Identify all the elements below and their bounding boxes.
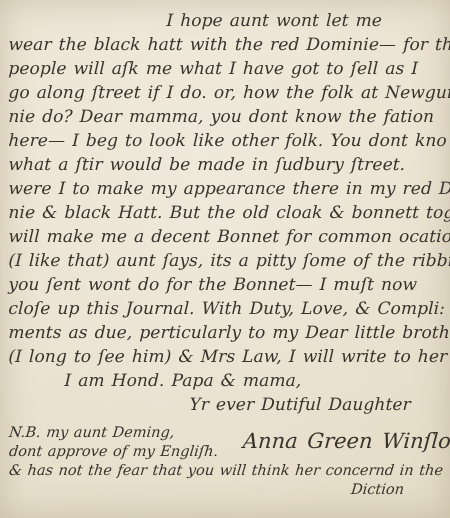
letter-line-11: (I like that) aunt ſays, its a pitty ſom… xyxy=(8,249,445,273)
letter-page: I hope aunt wont let me wear the black h… xyxy=(0,0,450,518)
postscript-line-2: dont approve of my Engliſh. xyxy=(8,443,219,462)
closing-line-salutation: I am Hond. Papa & mama, xyxy=(8,369,445,393)
postscript-signature-row: N.B. my aunt Deming, dont approve of my … xyxy=(8,424,444,462)
letter-line-4: go along ſtreet if I do. or, how the fol… xyxy=(8,81,445,105)
letter-line-12: you ſent wont do for the Bonnet— I muſt … xyxy=(8,273,445,297)
letter-line-15: (I long to ſee him) & Mrs Law, I will wr… xyxy=(8,345,445,369)
letter-line-8: were I to make my appearance there in my… xyxy=(8,177,445,201)
postscript-line-3: & has not the fear that you will think h… xyxy=(8,462,446,481)
letter-line-9: nie & black Hatt. But the old cloak & bo… xyxy=(8,201,445,225)
letter-line-2: wear the black hatt with the red Dominie… xyxy=(8,33,445,57)
postscript-line-4: Diction xyxy=(8,481,446,500)
letter-line-5: nie do? Dear mamma, you dont know the fa… xyxy=(8,105,445,129)
closing-line-valediction: Yr ever Dutiful Daughter xyxy=(8,393,445,417)
letter-line-13: cloſe up this Journal. With Duty, Love, … xyxy=(8,297,445,321)
postscript-block: N.B. my aunt Deming, dont approve of my … xyxy=(8,424,217,462)
letter-line-3: people will aſk me what I have got to ſe… xyxy=(8,57,445,81)
letter-line-10: will make me a decent Bonnet for common … xyxy=(8,225,445,249)
letter-line-1: I hope aunt wont let me xyxy=(8,9,445,33)
signature: Anna Green Winſlow xyxy=(242,429,450,453)
postscript-line-1: N.B. my aunt Deming, xyxy=(8,424,219,443)
letter-line-14: ments as due, perticularly to my Dear li… xyxy=(8,321,445,345)
letter-line-6: here— I beg to look like other folk. You… xyxy=(8,129,445,153)
letter-line-7: what a ſtir would be made in ſudbury ſtr… xyxy=(8,153,445,177)
